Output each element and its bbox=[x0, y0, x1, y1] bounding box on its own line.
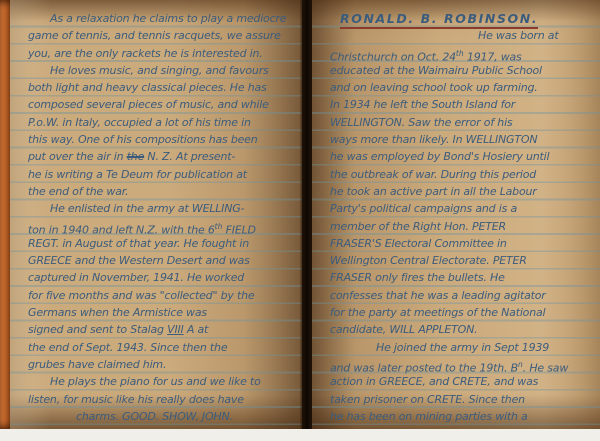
handwritten-line: GREECE and the Western Desert and was bbox=[28, 252, 302, 269]
handwritten-line: he was employed by Bond's Hosiery until bbox=[330, 148, 600, 165]
handwritten-line: Wellington Central Electorate. PETER bbox=[330, 252, 600, 269]
left-page: As a relaxation he claims to play a medi… bbox=[10, 0, 302, 429]
handwritten-line: grubes have claimed him. bbox=[28, 356, 302, 373]
handwritten-line: Germans when the Armistice was bbox=[28, 304, 302, 321]
open-notebook: As a relaxation he claims to play a medi… bbox=[0, 0, 600, 429]
handwritten-line: you, are the only rackets he is interest… bbox=[28, 45, 302, 62]
handwritten-line: WELLINGTON. Saw the error of his bbox=[330, 114, 600, 131]
handwritten-line: Party's political campaigns and is a bbox=[330, 200, 600, 217]
handwritten-line: action in GREECE, and CRETE, and was bbox=[330, 373, 600, 390]
left-page-text: As a relaxation he claims to play a medi… bbox=[10, 10, 302, 429]
handwritten-line: FRASER'S Electoral Committee in bbox=[330, 235, 600, 252]
handwritten-line: ways more than likely. In WELLINGTON bbox=[330, 131, 600, 148]
handwritten-line: listen, for music like his really does h… bbox=[28, 391, 302, 408]
notebook-scan: As a relaxation he claims to play a medi… bbox=[0, 0, 600, 441]
scanner-background bbox=[0, 429, 600, 441]
page-title-text: RONALD. B. ROBINSON. bbox=[340, 11, 538, 29]
right-page: RONALD. B. ROBINSON. He was born atChris… bbox=[312, 0, 600, 429]
handwritten-line: and was later posted to the 19th. Bn. He… bbox=[330, 356, 600, 373]
handwritten-line: He loves music, and singing, and favours bbox=[28, 62, 302, 79]
handwritten-line: educated at the Waimairu Public School bbox=[330, 62, 600, 79]
handwritten-line: he took an active part in all the Labour bbox=[330, 183, 600, 200]
handwritten-line: the outbreak of war. During this period bbox=[330, 166, 600, 183]
handwritten-line: In 1934 he left the South Island for bbox=[330, 96, 600, 113]
handwritten-line: REGT. in August of that year. He fought … bbox=[28, 235, 302, 252]
handwritten-line: he is writing a Te Deum for publication … bbox=[28, 166, 302, 183]
handwritten-line: for five months and was "collected" by t… bbox=[28, 287, 302, 304]
handwritten-line: Christchurch on Oct. 24th 1917, was bbox=[330, 45, 600, 62]
right-page-text: RONALD. B. ROBINSON. He was born atChris… bbox=[312, 10, 600, 429]
handwritten-line: ton in 1940 and left N.Z. with the 6th F… bbox=[28, 218, 302, 235]
handwritten-line: composed several pieces of music, and wh… bbox=[28, 96, 302, 113]
handwritten-line: he has been on mining parties with a bbox=[330, 408, 600, 425]
handwritten-line: game of tennis, and tennis racquets, we … bbox=[28, 27, 302, 44]
handwritten-line: P.o.W. in Italy, occupied a lot of his t… bbox=[28, 114, 302, 131]
handwritten-line: taken prisoner on CRETE. Since then bbox=[330, 391, 600, 408]
handwritten-line: this way. One of his compositions has be… bbox=[28, 131, 302, 148]
handwritten-line: the end of the war. bbox=[28, 183, 302, 200]
handwritten-line: captured in November, 1941. He worked bbox=[28, 269, 302, 286]
handwritten-line: the end of Sept. 1943. Since then the bbox=[28, 339, 302, 356]
handwritten-line: He plays the piano for us and we like to bbox=[28, 373, 302, 390]
handwritten-line: As a relaxation he claims to play a medi… bbox=[28, 10, 302, 27]
handwritten-line: He was born at bbox=[330, 27, 600, 44]
handwritten-line: member of the Right Hon. PETER bbox=[330, 218, 600, 235]
handwritten-line: charms. GOOD. SHOW, JOHN. bbox=[28, 408, 302, 425]
handwritten-line: candidate, WILL APPLETON. bbox=[330, 321, 600, 338]
handwritten-line: signed and sent to Stalag VIII A at bbox=[28, 321, 302, 338]
handwritten-line: confesses that he was a leading agitator bbox=[330, 287, 600, 304]
handwritten-line: He joined the army in Sept 1939 bbox=[330, 339, 600, 356]
handwritten-line: for the party at meetings of the Nationa… bbox=[330, 304, 600, 321]
handwritten-line: He enlisted in the army at WELLING- bbox=[28, 200, 302, 217]
page-title: RONALD. B. ROBINSON. bbox=[330, 10, 600, 27]
handwritten-line: FRASER only fires the bullets. He bbox=[330, 269, 600, 286]
handwritten-line: and on leaving school took up farming. bbox=[330, 79, 600, 96]
book-cover-edge bbox=[0, 0, 10, 429]
handwritten-line: both light and heavy classical pieces. H… bbox=[28, 79, 302, 96]
handwritten-line: put over the air in the N. Z. At present… bbox=[28, 148, 302, 165]
